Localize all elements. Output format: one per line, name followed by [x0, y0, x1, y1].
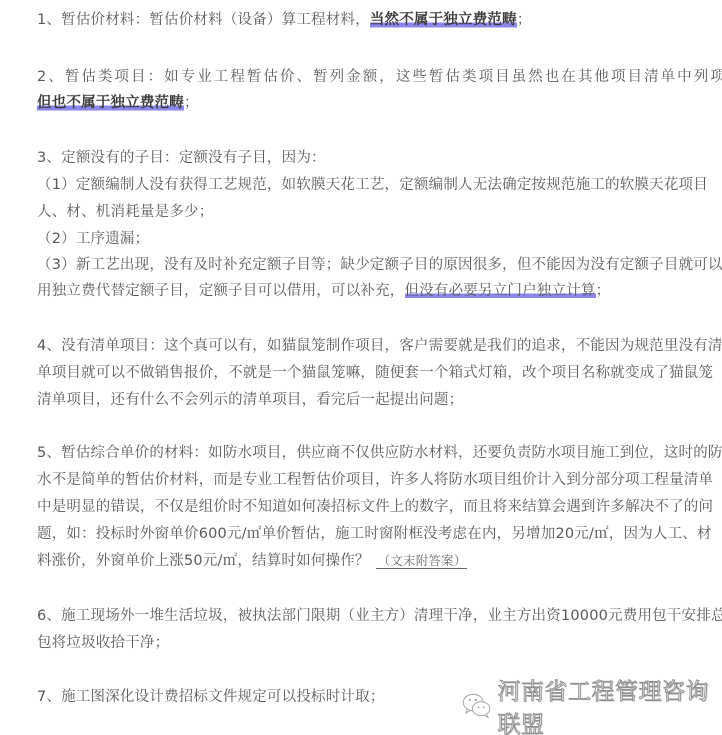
- highlighted-emphasis: 当然不属于独立费范畴: [370, 12, 517, 29]
- wechat-icon: [462, 690, 492, 722]
- text-segment: 单项目就可以不做销售报价，不就是一个猫鼠笼嘛，随便套一个箱式灯箱，改个项目名称就…: [37, 365, 713, 381]
- section-7-line-1: 7、施工图深化设计费招标文件规定可以投标时计取；: [37, 687, 385, 707]
- section-6-line-1: 6、施工现场外一堆生活垃圾，被执法部门限期（业主方）清理干净，业主方出资1000…: [37, 606, 722, 626]
- answer-at-end-link[interactable]: （文末附答案）: [376, 553, 467, 569]
- text-segment: 2、暂估类项目：如专业工程暂估价、暂列金额，这些暂估类项目虽然也在其他项目清单中…: [37, 69, 722, 85]
- text-segment: ；: [517, 12, 532, 28]
- text-segment: 清单项目，还有什么不会列示的清单项目，看完后一起提出问题；: [37, 392, 463, 408]
- text-segment: 5、暂估综合单价的材料：如防水项目，供应商不仅供应防水材料，还要负责防水项目施工…: [37, 445, 722, 461]
- text-segment: 包将垃圾收拾干净；: [37, 635, 169, 651]
- section-5-line-4: 题，如：投标时外窗单价600元/㎡单价暂估，施工时窗附框没考虑在内，另增加20元…: [37, 524, 712, 544]
- text-segment: ；: [184, 95, 199, 111]
- highlighted-emphasis: 但也不属于独立费范畴: [37, 95, 184, 112]
- text-segment: 水不是简单的暂估价材料，而是专业工程暂估价项目，许多人将防水项目组价计入到分部分…: [37, 472, 713, 488]
- text-segment: 用独立费代替定额子目，定额子目可以借用，可以补充，: [37, 283, 405, 299]
- text-segment: 3、定额没有的子目：定额没有子目，因为：: [37, 150, 326, 166]
- text-segment: 中是明显的错误，不仅是组价时不知道如何凑招标文件上的数字，而且将来结算会遇到许多…: [37, 499, 713, 515]
- text-segment: （3）新工艺出现，没有及时补充定额子目等；缺少定额子目的原因很多，但不能因为没有…: [37, 257, 722, 273]
- section-4-line-3: 清单项目，还有什么不会列示的清单项目，看完后一起提出问题；: [37, 390, 463, 410]
- section-5-line-1: 5、暂估综合单价的材料：如防水项目，供应商不仅供应防水材料，还要负责防水项目施工…: [37, 443, 722, 463]
- section-3-line-4: （2）工序遗漏；: [37, 229, 149, 249]
- section-3-line-1: 3、定额没有的子目：定额没有子目，因为：: [37, 148, 326, 168]
- section-5-line-3: 中是明显的错误，不仅是组价时不知道如何凑招标文件上的数字，而且将来结算会遇到许多…: [37, 497, 713, 517]
- section-4-line-2: 单项目就可以不做销售报价，不就是一个猫鼠笼嘛，随便套一个箱式灯箱，改个项目名称就…: [37, 363, 713, 383]
- text-segment: （2）工序遗漏；: [37, 231, 149, 247]
- text-segment: 1、暂估价材料：暂估价材料（设备）算工程材料，: [37, 12, 370, 28]
- section-3-line-3: 人、材、机消耗量是多少；: [37, 202, 213, 222]
- section-5-line-2: 水不是简单的暂估价材料，而是专业工程暂估价项目，许多人将防水项目组价计入到分部分…: [37, 470, 713, 490]
- section-2-line-2: 但也不属于独立费范畴；: [37, 93, 199, 113]
- text-segment: （1）定额编制人没有获得工艺规范，如软膜天花工艺，定额编制人无法确定按规范施工的…: [37, 177, 708, 193]
- watermark-text: 河南省工程管理咨询联盟: [498, 673, 722, 735]
- section-5-line-5: 料涨价，外窗单价上涨50元/㎡，结算时如何操作？（文末附答案）: [37, 551, 467, 571]
- text-segment: 题，如：投标时外窗单价600元/㎡单价暂估，施工时窗附框没考虑在内，另增加20元…: [37, 526, 712, 542]
- text-segment: 7、施工图深化设计费招标文件规定可以投标时计取；: [37, 689, 385, 705]
- section-3-line-5: （3）新工艺出现，没有及时补充定额子目等；缺少定额子目的原因很多，但不能因为没有…: [37, 255, 722, 275]
- section-3-line-6: 用独立费代替定额子目，定额子目可以借用，可以补充，但没有必要另立门户独立计算；: [37, 281, 610, 301]
- section-3-line-2: （1）定额编制人没有获得工艺规范，如软膜天花工艺，定额编制人无法确定按规范施工的…: [37, 175, 708, 195]
- text-segment: ；: [596, 283, 611, 299]
- section-4-line-1: 4、没有清单项目：这个真可以有，如猫鼠笼制作项目，客户需要就是我们的追求，不能因…: [37, 336, 722, 356]
- text-segment: 料涨价，外窗单价上涨50元/㎡，结算时如何操作？: [37, 553, 370, 569]
- section-6-line-2: 包将垃圾收拾干净；: [37, 633, 169, 653]
- section-1-line-1: 1、暂估价材料：暂估价材料（设备）算工程材料，当然不属于独立费范畴；: [37, 10, 532, 30]
- watermark: 河南省工程管理咨询联盟: [462, 688, 722, 724]
- section-2-line-1: 2、暂估类项目：如专业工程暂估价、暂列金额，这些暂估类项目虽然也在其他项目清单中…: [37, 67, 722, 87]
- text-segment: 4、没有清单项目：这个真可以有，如猫鼠笼制作项目，客户需要就是我们的追求，不能因…: [37, 338, 722, 354]
- text-segment: 人、材、机消耗量是多少；: [37, 204, 213, 220]
- highlighted-text: 但没有必要另立门户独立计算: [405, 283, 596, 299]
- text-segment: 6、施工现场外一堆生活垃圾，被执法部门限期（业主方）清理干净，业主方出资1000…: [37, 608, 722, 624]
